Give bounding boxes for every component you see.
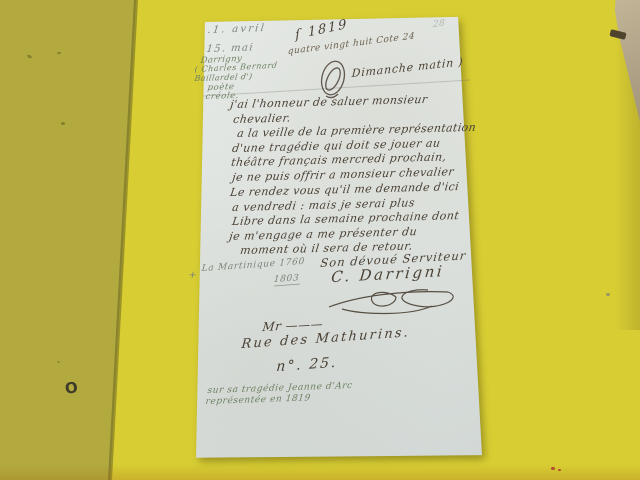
handwriting-line: + <box>187 271 197 281</box>
handwriting-line: La Martinique 1760 <box>201 258 305 274</box>
handwriting-line: 15. mai <box>206 43 255 55</box>
handwriting-line: C. Darrigni <box>330 264 445 285</box>
handwriting-line: Mr ——— <box>262 318 324 333</box>
handwriting-line: 28 <box>433 19 445 30</box>
handwriting-line: j'ai l'honneur de saluer monsieur <box>230 94 429 110</box>
handwriting-line: Le rendez vous qu'il me demande d'ici <box>230 181 460 198</box>
handwriting-line: Dimanche matin ) <box>351 56 463 79</box>
handwriting-line: ſ 1819 <box>295 18 349 42</box>
handwriting-layer: .1. avril15. maiDarrigny( Charles Bernar… <box>0 0 640 480</box>
handwriting-line: représentée en 1819 <box>205 394 311 407</box>
photo-of-handwritten-letter: O .1. avril15. maiDarrigny( Charles Bern… <box>0 0 640 480</box>
handwriting-line: chevalier. <box>233 112 292 125</box>
handwriting-line: 1803 <box>273 274 299 285</box>
handwriting-line: n°. 25. <box>276 356 338 374</box>
handwriting-line: .1. avril <box>207 24 267 36</box>
